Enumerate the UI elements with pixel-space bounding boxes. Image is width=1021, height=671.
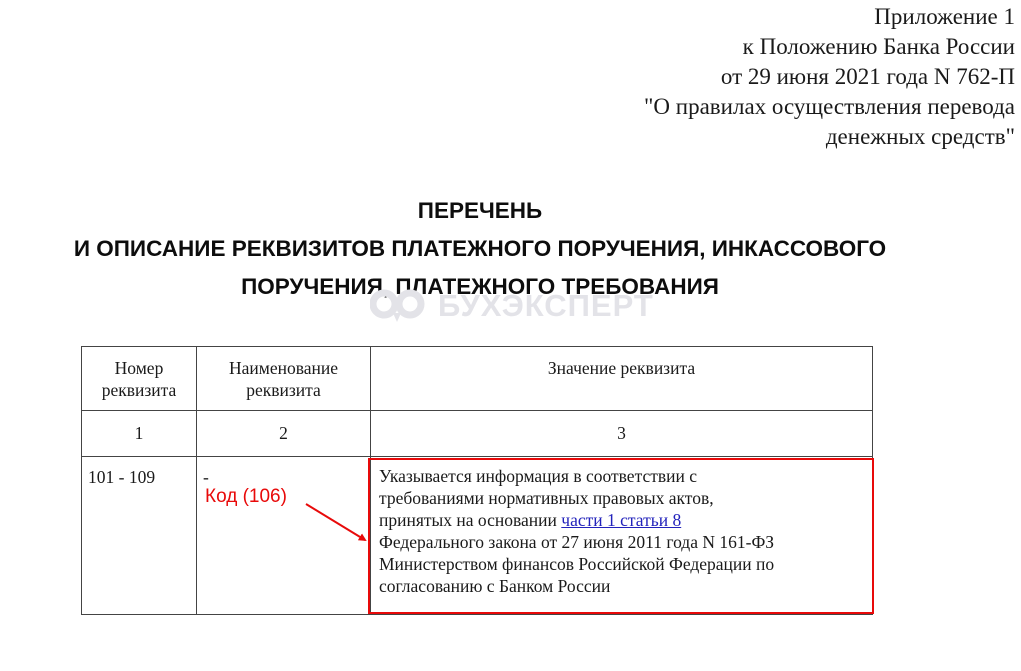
owl-logo-icon	[370, 289, 428, 323]
value-line: Министерством финансов Российской Федера…	[379, 553, 872, 575]
header-text: реквизита	[197, 379, 370, 401]
appendix-header: Приложение 1 к Положению Банка России от…	[644, 2, 1015, 152]
table-header-row: Номер реквизита Наименование реквизита З…	[82, 347, 873, 411]
watermark-text: БУХЭКСПЕРТ	[438, 288, 654, 324]
value-line: Указывается информация в соответствии с	[379, 465, 872, 487]
watermark: БУХЭКСПЕРТ	[370, 288, 654, 324]
header-text: реквизита	[82, 379, 196, 401]
column-number: 2	[197, 411, 371, 457]
requisite-name: -	[197, 457, 370, 488]
header-value: Значение реквизита	[371, 347, 873, 411]
appendix-line: от 29 июня 2021 года N 762-П	[644, 62, 1015, 92]
value-line: Федерального закона от 27 июня 2011 года…	[379, 531, 872, 553]
value-line: согласованию с Банком России	[379, 575, 872, 597]
value-line: принятых на основании части 1 статьи 8	[379, 509, 872, 531]
value-line: требованиями нормативных правовых актов,	[379, 487, 872, 509]
header-text: Значение реквизита	[371, 357, 872, 379]
appendix-line: к Положению Банка России	[644, 32, 1015, 62]
requisite-value-cell: Указывается информация в соответствии с …	[371, 457, 873, 615]
requisite-number: 101 - 109	[82, 457, 196, 488]
appendix-line: денежных средств"	[644, 122, 1015, 152]
requisite-value: Указывается информация в соответствии с …	[371, 457, 872, 597]
law-article-link[interactable]: части 1 статьи 8	[561, 510, 681, 530]
column-number-row: 1 2 3	[82, 411, 873, 457]
code-annotation-label: Код (106)	[205, 486, 287, 508]
requisite-number-cell: 101 - 109	[82, 457, 197, 615]
column-number: 3	[371, 411, 873, 457]
title-line: И ОПИСАНИЕ РЕКВИЗИТОВ ПЛАТЕЖНОГО ПОРУЧЕН…	[0, 230, 960, 268]
title-line: ПЕРЕЧЕНЬ	[0, 192, 960, 230]
value-text: принятых на основании	[379, 510, 561, 530]
appendix-line: Приложение 1	[644, 2, 1015, 32]
header-number: Номер реквизита	[82, 347, 197, 411]
header-text: Наименование	[197, 357, 370, 379]
requisite-name-cell: -	[197, 457, 371, 615]
header-name: Наименование реквизита	[197, 347, 371, 411]
appendix-line: "О правилах осуществления перевода	[644, 92, 1015, 122]
header-text: Номер	[82, 357, 196, 379]
column-number: 1	[82, 411, 197, 457]
requisites-table: Номер реквизита Наименование реквизита З…	[81, 346, 873, 615]
table-row: 101 - 109 - Указывается информация в соо…	[82, 457, 873, 615]
